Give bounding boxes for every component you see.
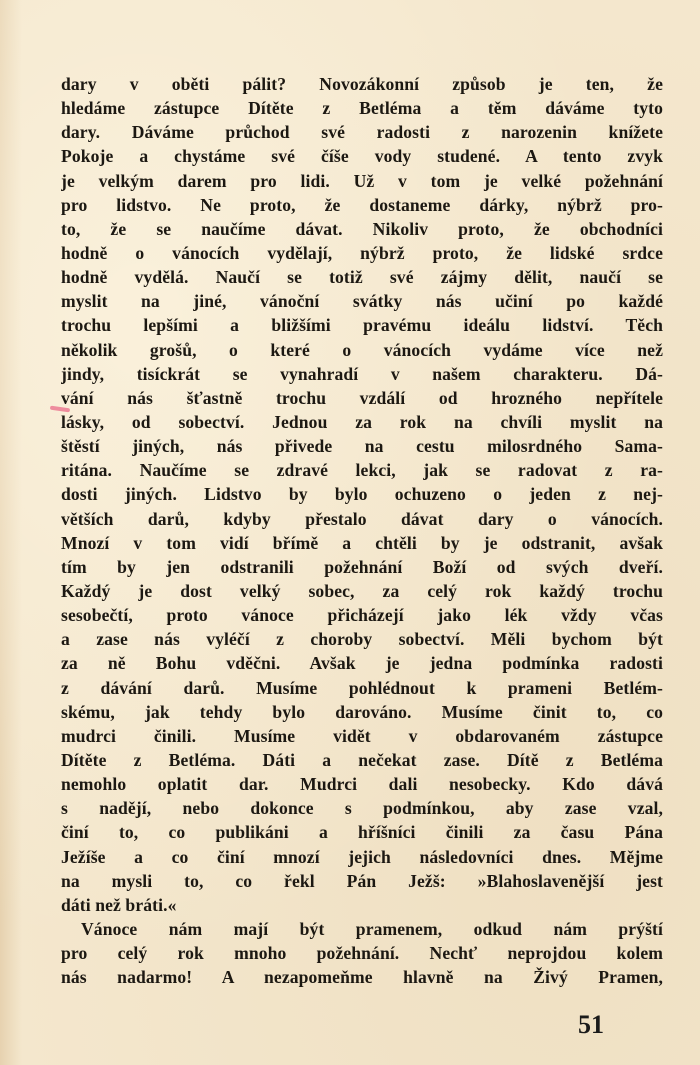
text-line: lásky, od sobectví. Jednou za rok na chv… [61, 410, 663, 434]
text-line: hodně o vánocích vydělají, nýbrž proto, … [61, 241, 663, 265]
text-line: pro celý rok mnoho požehnání. Nechť nepr… [61, 941, 663, 965]
text-line: skému, jak tehdy bylo darováno. Musíme č… [61, 700, 663, 724]
text-line: dary. Dáváme průchod své radosti z naroz… [61, 120, 663, 144]
text-line: s nadějí, nebo dokonce s podmínkou, aby … [61, 796, 663, 820]
text-line: hledáme zástupce Dítěte z Betléma a těm … [61, 96, 663, 120]
text-line: myslit na jiné, vánoční svátky nás učiní… [61, 289, 663, 313]
text-line: ritána. Naučíme se zdravé lekci, jak se … [61, 458, 663, 482]
text-line: trochu lepšími a bližšími pravému ideálu… [61, 313, 663, 337]
text-line: nás nadarmo! A nezapomeňme hlavně na Živ… [61, 965, 663, 989]
text-line: větších darů, kdyby přestalo dávat dary … [61, 507, 663, 531]
text-line: Vánoce nám mají být pramenem, odkud nám … [61, 917, 663, 941]
text-line: pro lidstvo. Ne proto, že dostaneme dárk… [61, 193, 663, 217]
text-line: Dítěte z Betléma. Dáti a nečekat zase. D… [61, 748, 663, 772]
text-line: Mnozí v tom vidí břímě a chtěli by je od… [61, 531, 663, 555]
text-line: je velkým darem pro lidi. Už v tom je ve… [61, 169, 663, 193]
text-line: to, že se naučíme dávat. Nikoliv proto, … [61, 217, 663, 241]
text-line: dáti než bráti.« [61, 893, 663, 917]
text-line: tím by jen odstranili požehnání Boží od … [61, 555, 663, 579]
text-line: štěstí jiných, nás přivede na cestu milo… [61, 434, 663, 458]
text-line: mudrci činili. Musíme vidět v obdarované… [61, 724, 663, 748]
text-line: jindy, tisíckrát se vynahradí v našem ch… [61, 362, 663, 386]
text-line: vání nás šťastně trochu vzdálí od hrozné… [61, 386, 663, 410]
text-line: Každý je dost velký sobec, za celý rok k… [61, 579, 663, 603]
text-line: na mysli to, co řekl Pán Ježš: »Blahosla… [61, 869, 663, 893]
text-line: sesobečtí, proto vánoce přicházejí jako … [61, 603, 663, 627]
text-line: a zase nás vyléčí z choroby sobectví. Mě… [61, 627, 663, 651]
text-line: Pokoje a chystáme své číše vody studené.… [61, 144, 663, 168]
text-line: dosti jiných. Lidstvo by bylo ochuzeno o… [61, 482, 663, 506]
text-line: Ježíše a co činí mnozí jejich následovní… [61, 845, 663, 869]
text-line: za ně Bohu vděčni. Avšak je jedna podmín… [61, 651, 663, 675]
page-number: 51 [578, 1010, 604, 1040]
text-line: činí to, co publikáni a hříšníci činili … [61, 820, 663, 844]
body-text: dary v oběti pálit? Novozákonní způsob j… [61, 72, 663, 989]
text-line: několik grošů, o které o vánocích vydáme… [61, 338, 663, 362]
text-line: nemohlo oplatit dar. Mudrci dali nesobec… [61, 772, 663, 796]
text-line: dary v oběti pálit? Novozákonní způsob j… [61, 72, 663, 96]
text-line: z dávání darů. Musíme pohlédnout k prame… [61, 676, 663, 700]
book-page: dary v oběti pálit? Novozákonní způsob j… [0, 0, 700, 1065]
text-line: hodně vydělá. Naučí se totiž své zájmy d… [61, 265, 663, 289]
